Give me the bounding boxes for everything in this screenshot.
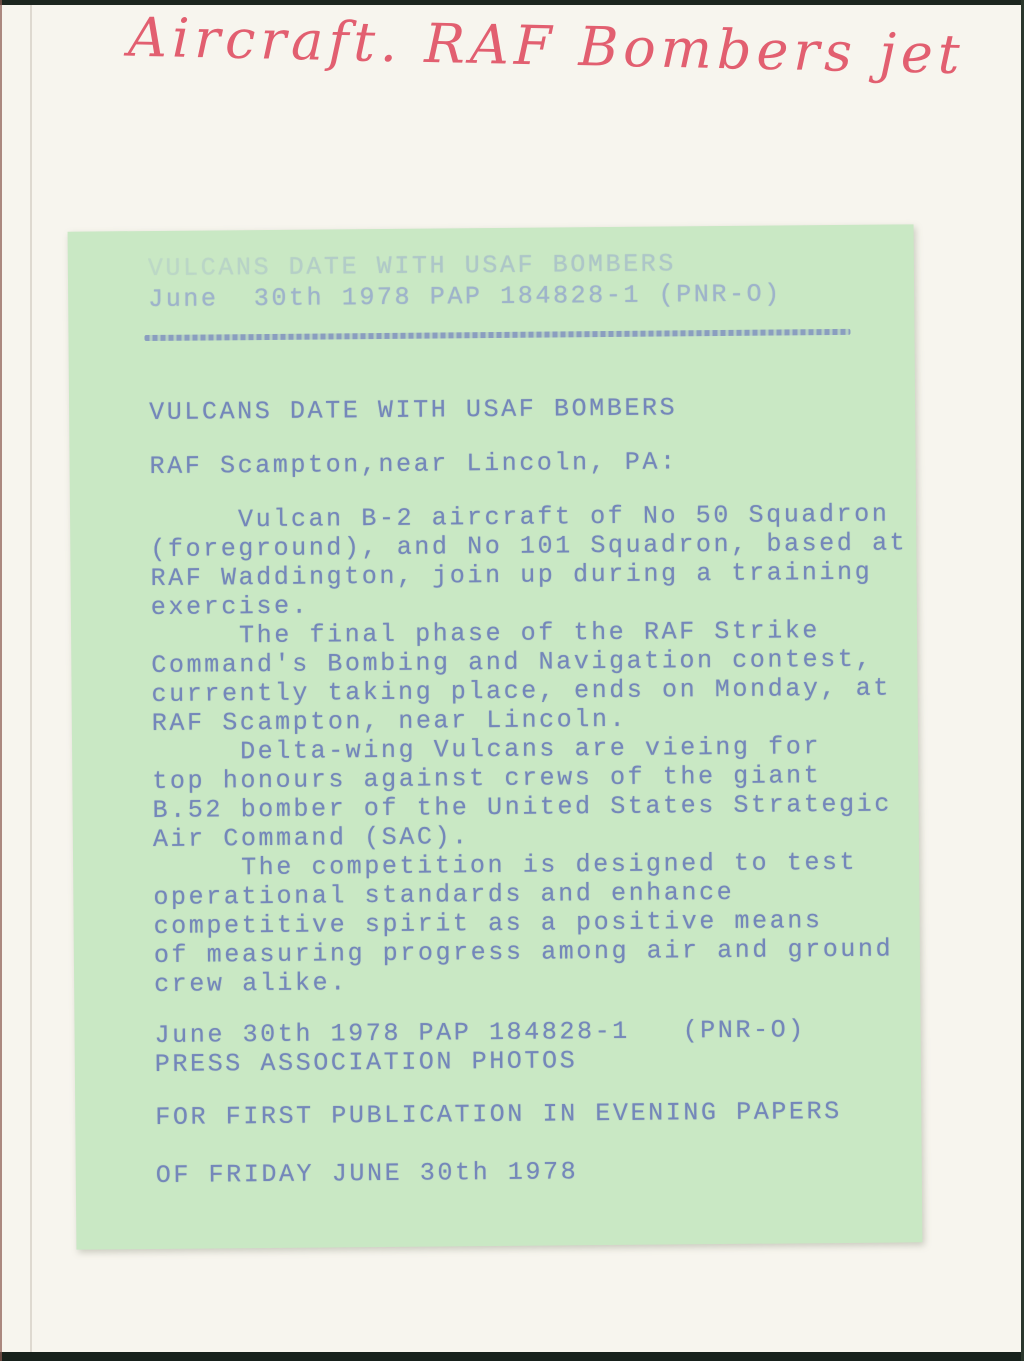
caption-body-line: crew alike. <box>154 963 911 999</box>
stamp-date-ref-line: June 30th 1978 PAP 184828-1 (PNR-O) <box>148 278 782 315</box>
publication-notice-line1: FOR FIRST PUBLICATION IN EVENING PAPERS <box>155 1097 842 1132</box>
date-stamp: VULCANS DATE WITH USAF BOMBERS June 30th… <box>148 247 782 315</box>
scan-edge-bottom <box>0 1352 1024 1361</box>
credit-date-ref-line: June 30th 1978 PAP 184828-1 (PNR-O) <box>154 1015 806 1050</box>
publication-notice-line2: OF FRIDAY JUNE 30th 1978 <box>156 1157 579 1190</box>
handwritten-annotation: Aircraft. RAF Bombers jet <box>127 6 928 86</box>
caption-sheet: VULCANS DATE WITH USAF BOMBERS June 30th… <box>68 224 923 1249</box>
photo-credit: June 30th 1978 PAP 184828-1 (PNR-O) PRES… <box>154 1015 806 1079</box>
caption-body: Vulcan B-2 aircraft of No 50 Squadron (f… <box>150 499 911 999</box>
caption-dateline: RAF Scampton,near Lincoln, PA: <box>149 447 677 481</box>
caption-title: VULCANS DATE WITH USAF BOMBERS <box>149 393 677 427</box>
paper-crease <box>30 5 32 1352</box>
typed-divider-rule <box>144 329 850 341</box>
scan-edge-top <box>0 0 1024 5</box>
scan-edge-left <box>0 0 2 1361</box>
credit-agency-line: PRESS ASSOCIATION PHOTOS <box>155 1044 807 1079</box>
